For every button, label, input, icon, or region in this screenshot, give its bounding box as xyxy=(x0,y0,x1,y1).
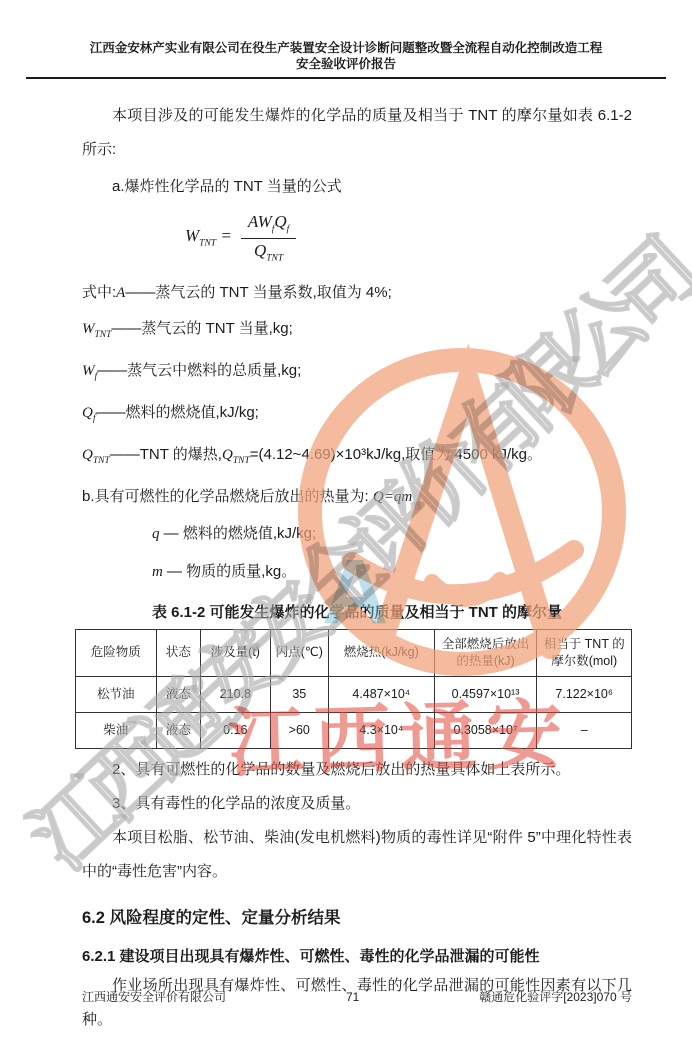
item-a-line: a.爆炸性化学品的 TNT 当量的公式 xyxy=(112,170,632,204)
cell-state: 液态 xyxy=(156,676,200,712)
footer-company: 江西通安安全评价有限公司 xyxy=(82,988,226,1005)
col-header-flashpoint: 闪点(℃) xyxy=(270,629,328,676)
cell-amount: 0.16 xyxy=(201,712,271,748)
symbol-definitions: 式中:A——蒸气云的 TNT 当量系数,取值为 4%; WTNT——蒸气云的 T… xyxy=(82,275,632,591)
footer-doc-number: 赣通危化验评字[2023]070 号 xyxy=(479,988,632,1005)
cell-amount: 210.8 xyxy=(201,676,271,712)
definition-qtnt: QTNT——TNT 的爆热,QTNT=(4.12~4.69)×10³kJ/kg,… xyxy=(82,437,632,479)
intro-paragraph: 本项目涉及的可能发生爆炸的化学品的质量及相当于 TNT 的摩尔量如表 6.1-2… xyxy=(82,99,632,167)
cell-total-heat: 0.4597×10¹³ xyxy=(434,676,537,712)
cell-substance: 柴油 xyxy=(76,712,157,748)
col-header-state: 状态 xyxy=(156,629,200,676)
page-header: 江西金安林产实业有限公司在役生产装置安全设计诊断问题整改暨全流程自动化控制改造工… xyxy=(26,40,666,79)
definition-a: 式中:A——蒸气云的 TNT 当量系数,取值为 4%; xyxy=(82,275,632,311)
col-header-tnt-moles: 相当于 TNT 的摩尔数(mol) xyxy=(537,629,632,676)
cell-tnt-moles: 7.122×10⁶ xyxy=(537,676,632,712)
table-caption: 表 6.1-2 可能发生爆炸的化学品的质量及相当于 TNT 的摩尔量 xyxy=(82,601,632,622)
table-header-row: 危险物质 状态 涉及量(t) 闪点(℃) 燃烧热(kJ/kg) 全部燃烧后放出的… xyxy=(76,629,632,676)
cell-state: 液态 xyxy=(156,712,200,748)
equation-fraction: AWfQf QTNT xyxy=(241,212,296,265)
equation-lhs: WTNT = xyxy=(185,226,232,250)
cell-flashpoint: 35 xyxy=(270,676,328,712)
cell-flashpoint: >60 xyxy=(270,712,328,748)
cell-combustion-heat: 4.3×10⁴ xyxy=(328,712,434,748)
explosive-chemicals-table: 危险物质 状态 涉及量(t) 闪点(℃) 燃烧热(kJ/kg) 全部燃烧后放出的… xyxy=(75,629,632,749)
definition-qf: Qf——燃料的燃烧值,kJ/kg; xyxy=(82,395,632,437)
col-header-combustion-heat: 燃烧热(kJ/kg) xyxy=(328,629,434,676)
definition-m: m — 物质的质量,kg。 xyxy=(152,553,632,591)
table-row: 松节油 液态 210.8 35 4.487×10⁴ 0.4597×10¹³ 7.… xyxy=(76,676,632,712)
cell-substance: 松节油 xyxy=(76,676,157,712)
document-page: 江西金安林产实业有限公司在役生产装置安全设计诊断问题整改暨全流程自动化控制改造工… xyxy=(0,0,692,1049)
definition-wtnt: WTNT——蒸气云的 TNT 当量,kg; xyxy=(82,311,632,353)
toxicity-paragraph: 本项目松脂、松节油、柴油(发电机燃料)物质的毒性详见“附件 5”中理化特性表中的… xyxy=(82,821,632,889)
footer-page-number: 71 xyxy=(346,990,359,1004)
col-header-substance: 危险物质 xyxy=(76,629,157,676)
note-3: 3、具有毒性的化学品的浓度及质量。 xyxy=(82,787,632,821)
page-footer: 江西通安安全评价有限公司 71 赣通危化验评字[2023]070 号 xyxy=(82,988,632,1005)
section-heading-6-2: 6.2 风险程度的定性、定量分析结果 xyxy=(82,905,632,931)
definition-wf: Wf——蒸气云中燃料的总质量,kg; xyxy=(82,353,632,395)
cell-combustion-heat: 4.487×10⁴ xyxy=(328,676,434,712)
note-2: 2、具有可燃性的化学品的数量及燃烧后放出的热量具体如上表所示。 xyxy=(82,753,632,787)
cell-total-heat: 0.3058×10⁷ xyxy=(434,712,537,748)
cell-tnt-moles: – xyxy=(537,712,632,748)
equation-numerator: AWfQf xyxy=(241,212,296,239)
header-line2: 安全验收评价报告 xyxy=(26,56,666,72)
col-header-total-heat: 全部燃烧后放出的热量(kJ) xyxy=(434,629,537,676)
item-b-line: b.具有可燃性的化学品燃烧后放出的热量为: Q=qm xyxy=(82,479,632,515)
page-content: 本项目涉及的可能发生爆炸的化学品的质量及相当于 TNT 的摩尔量如表 6.1-2… xyxy=(82,99,632,1037)
tnt-equation: WTNT = AWfQf QTNT xyxy=(185,212,632,265)
header-line1: 江西金安林产实业有限公司在役生产装置安全设计诊断问题整改暨全流程自动化控制改造工… xyxy=(26,40,666,56)
section-heading-6-2-1: 6.2.1 建设项目出现具有爆炸性、可燃性、毒性的化学品泄漏的可能性 xyxy=(82,945,632,969)
equation-denominator: QTNT xyxy=(241,239,296,265)
col-header-amount: 涉及量(t) xyxy=(201,629,271,676)
table-row: 柴油 液态 0.16 >60 4.3×10⁴ 0.3058×10⁷ – xyxy=(76,712,632,748)
definition-q: q — 燃料的燃烧值,kJ/kg; xyxy=(152,515,632,553)
